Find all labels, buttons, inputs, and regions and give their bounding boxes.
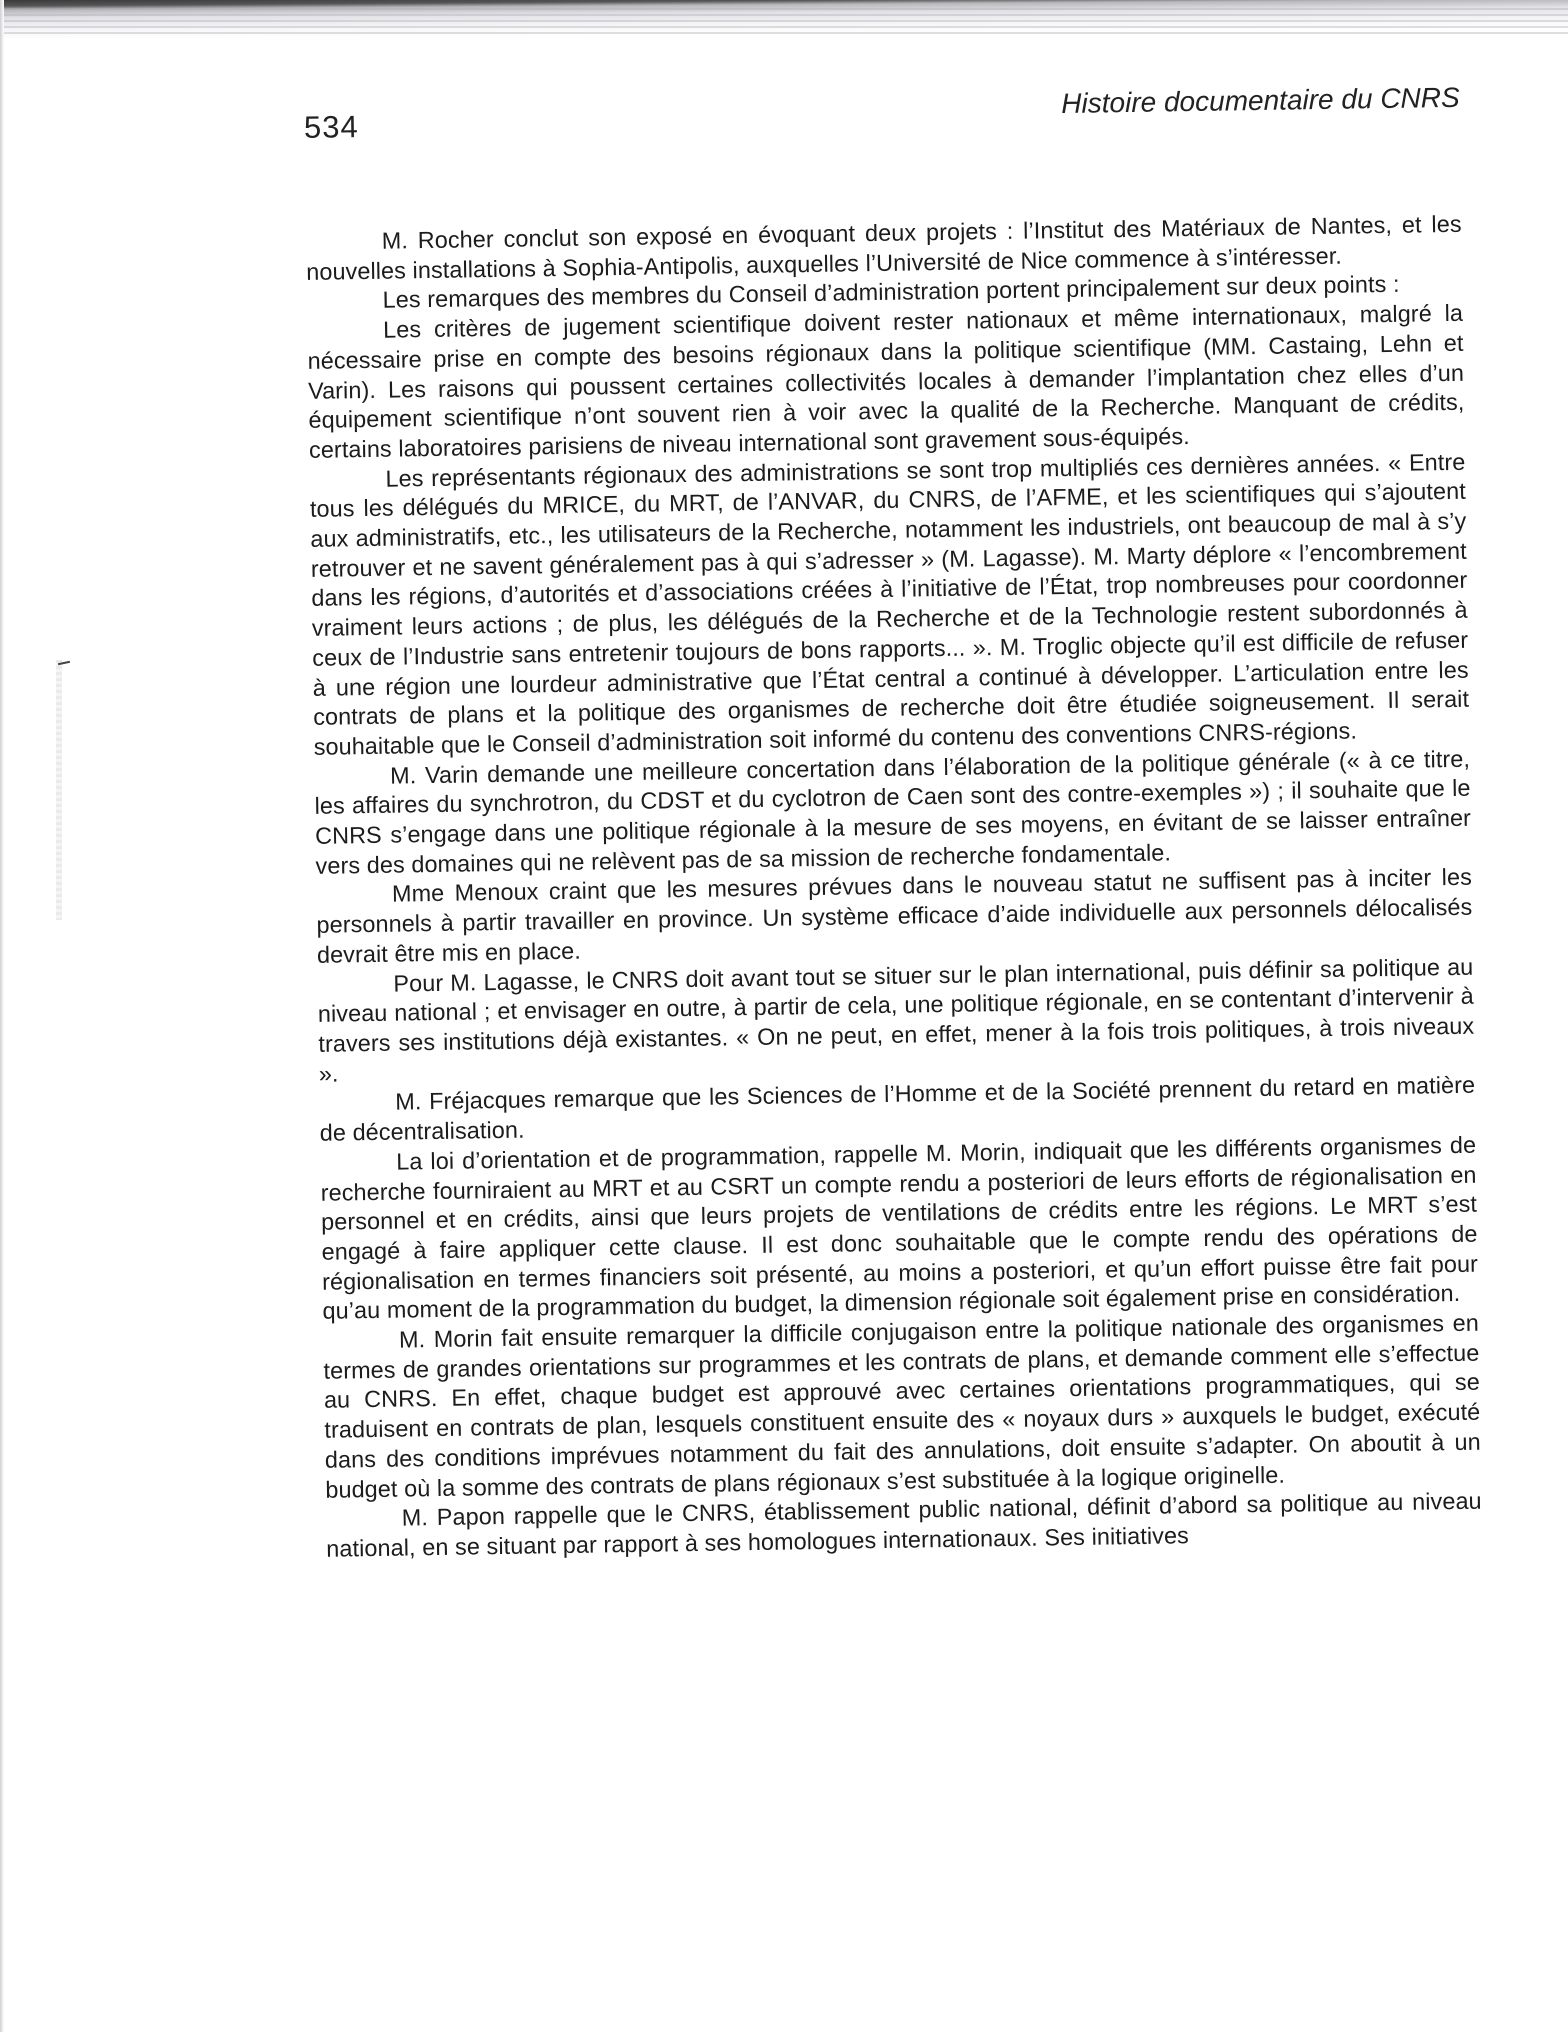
paragraph-morin: M. Morin fait ensuite remarquer la diffi… — [323, 1309, 1482, 1505]
paragraph-regional-representatives: Les représentants régionaux des administ… — [309, 447, 1470, 762]
book-page: 534 Histoire documentaire du CNRS M. Roc… — [0, 0, 1568, 2032]
page-number: 534 — [304, 109, 359, 146]
body-text: M. Rocher conclut son exposé en évoquant… — [306, 210, 1483, 1565]
paragraph-lagasse: Pour M. Lagasse, le CNRS doit avant tout… — [317, 952, 1475, 1089]
paragraph-loi-orientation: La loi d’orientation et de programmation… — [320, 1130, 1479, 1326]
running-head: Histoire documentaire du CNRS — [1061, 82, 1460, 120]
paragraph-varin: M. Varin demande une meilleure concertat… — [314, 744, 1472, 881]
paragraph-scientific-criteria: Les critères de jugement scientifique do… — [307, 299, 1465, 466]
